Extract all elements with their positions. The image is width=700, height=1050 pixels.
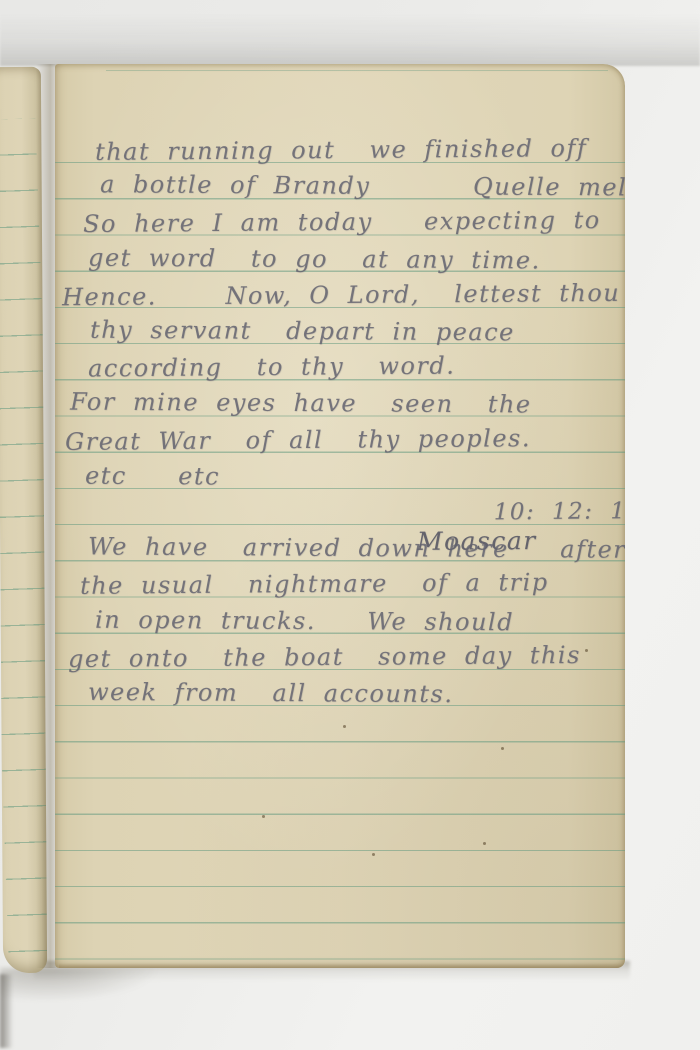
scanned-diary-photo: that running out we finished off a bottl… — [0, 0, 700, 1050]
handwriting-line: Hence. Now, O Lord, lettest thou — [62, 278, 620, 312]
handwriting-line: For mine eyes have seen the — [70, 387, 532, 420]
entry-date: 10: 12: 18. — [494, 496, 625, 527]
handwriting-line: according to thy word. — [88, 351, 456, 384]
spine-shadow — [0, 974, 13, 1048]
handwriting-line: thy servant depart in peace — [90, 315, 515, 348]
handwriting-line: So here I am today expecting to — [83, 205, 601, 239]
handwriting-line: a bottle of Brandy Quelle melée ! — [100, 169, 625, 203]
handwriting-line: week from all accounts. — [88, 677, 454, 709]
backdrop-top-shadow — [0, 14, 700, 66]
handwriting-line: We have arrived down here after — [88, 531, 625, 564]
handwriting-line: Great War of all thy peoples. — [65, 423, 531, 457]
left-strip-bottom-shadow — [0, 968, 160, 1002]
handwriting-line: get onto the boat some day this — [68, 640, 581, 674]
handwriting-line: that running out we finished off — [95, 133, 587, 167]
handwriting-line: in open trucks. We should — [95, 605, 514, 638]
handwriting-line: the usual nightmare of a trip — [80, 567, 549, 601]
handwriting-line: get word to go at any time. — [88, 243, 541, 276]
diary-page: that running out we finished off a bottl… — [55, 64, 625, 968]
handwriting-block: that running out we finished off a bottl… — [55, 64, 625, 968]
handwriting-line: etc etc — [85, 461, 220, 492]
